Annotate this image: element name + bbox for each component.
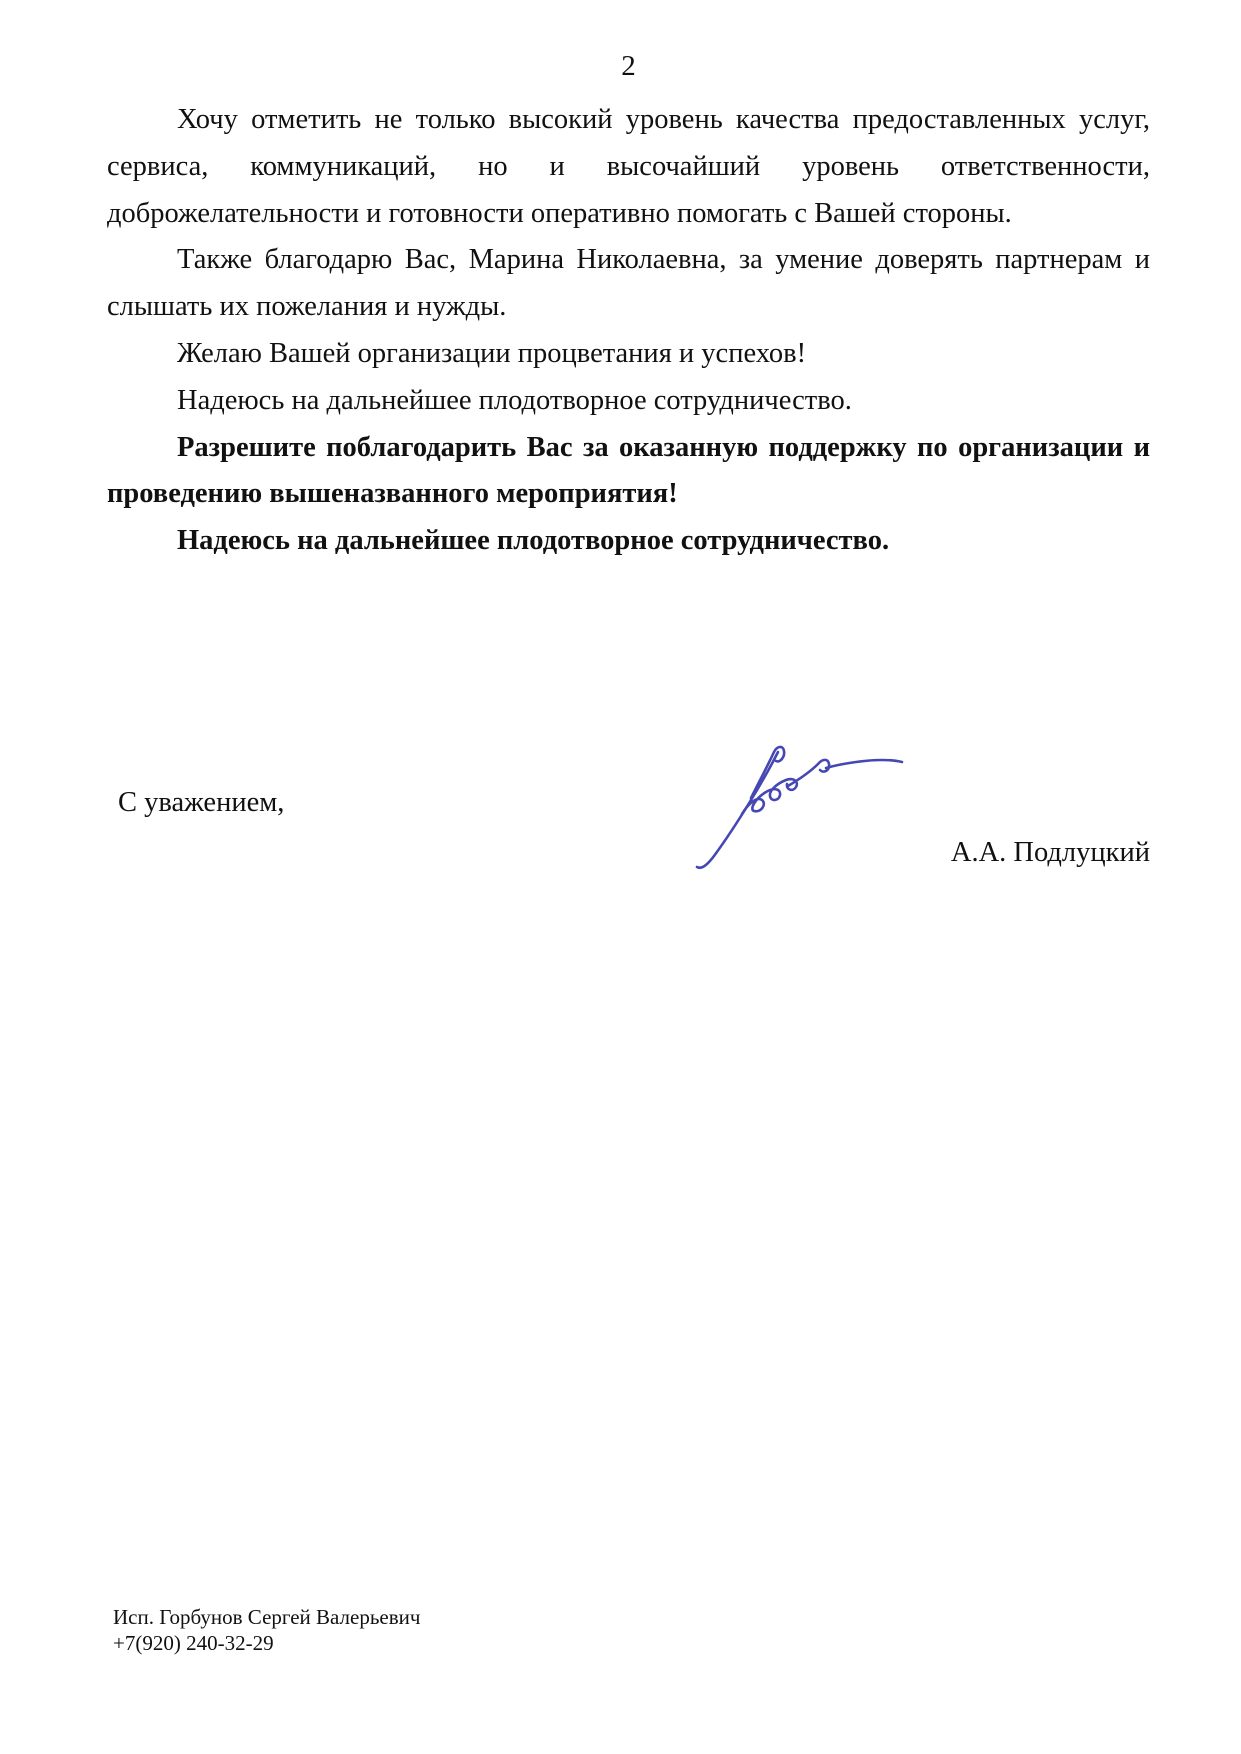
paragraph-thanks-marina: Также благодарю Вас, Марина Николаевна, … (107, 237, 1150, 331)
executor-name: Исп. Горбунов Сергей Валерьевич (113, 1604, 420, 1630)
executor-phone: +7(920) 240-32-29 (113, 1630, 420, 1656)
paragraph-gratitude-bold: Разрешите поблагодарить Вас за оказанную… (107, 425, 1150, 519)
page-number: 2 (107, 50, 1150, 83)
handwritten-signature-icon (618, 738, 918, 888)
letter-body: Хочу отметить не только высокий уровень … (107, 97, 1150, 565)
closing-salutation: С уважением, (118, 787, 284, 819)
paragraph-cooperation-bold: Надеюсь на дальнейшее плодотворное сотру… (107, 518, 1150, 565)
paragraph-quality: Хочу отметить не только высокий уровень … (107, 97, 1150, 237)
letter-page: 2 Хочу отметить не только высокий уровен… (0, 0, 1241, 1754)
signer-name: А.А. Подлуцкий (951, 837, 1150, 869)
paragraph-cooperation: Надеюсь на дальнейшее плодотворное сотру… (107, 378, 1150, 425)
executor-footer: Исп. Горбунов Сергей Валерьевич +7(920) … (113, 1604, 420, 1656)
paragraph-wishes: Желаю Вашей организации процветания и ус… (107, 331, 1150, 378)
